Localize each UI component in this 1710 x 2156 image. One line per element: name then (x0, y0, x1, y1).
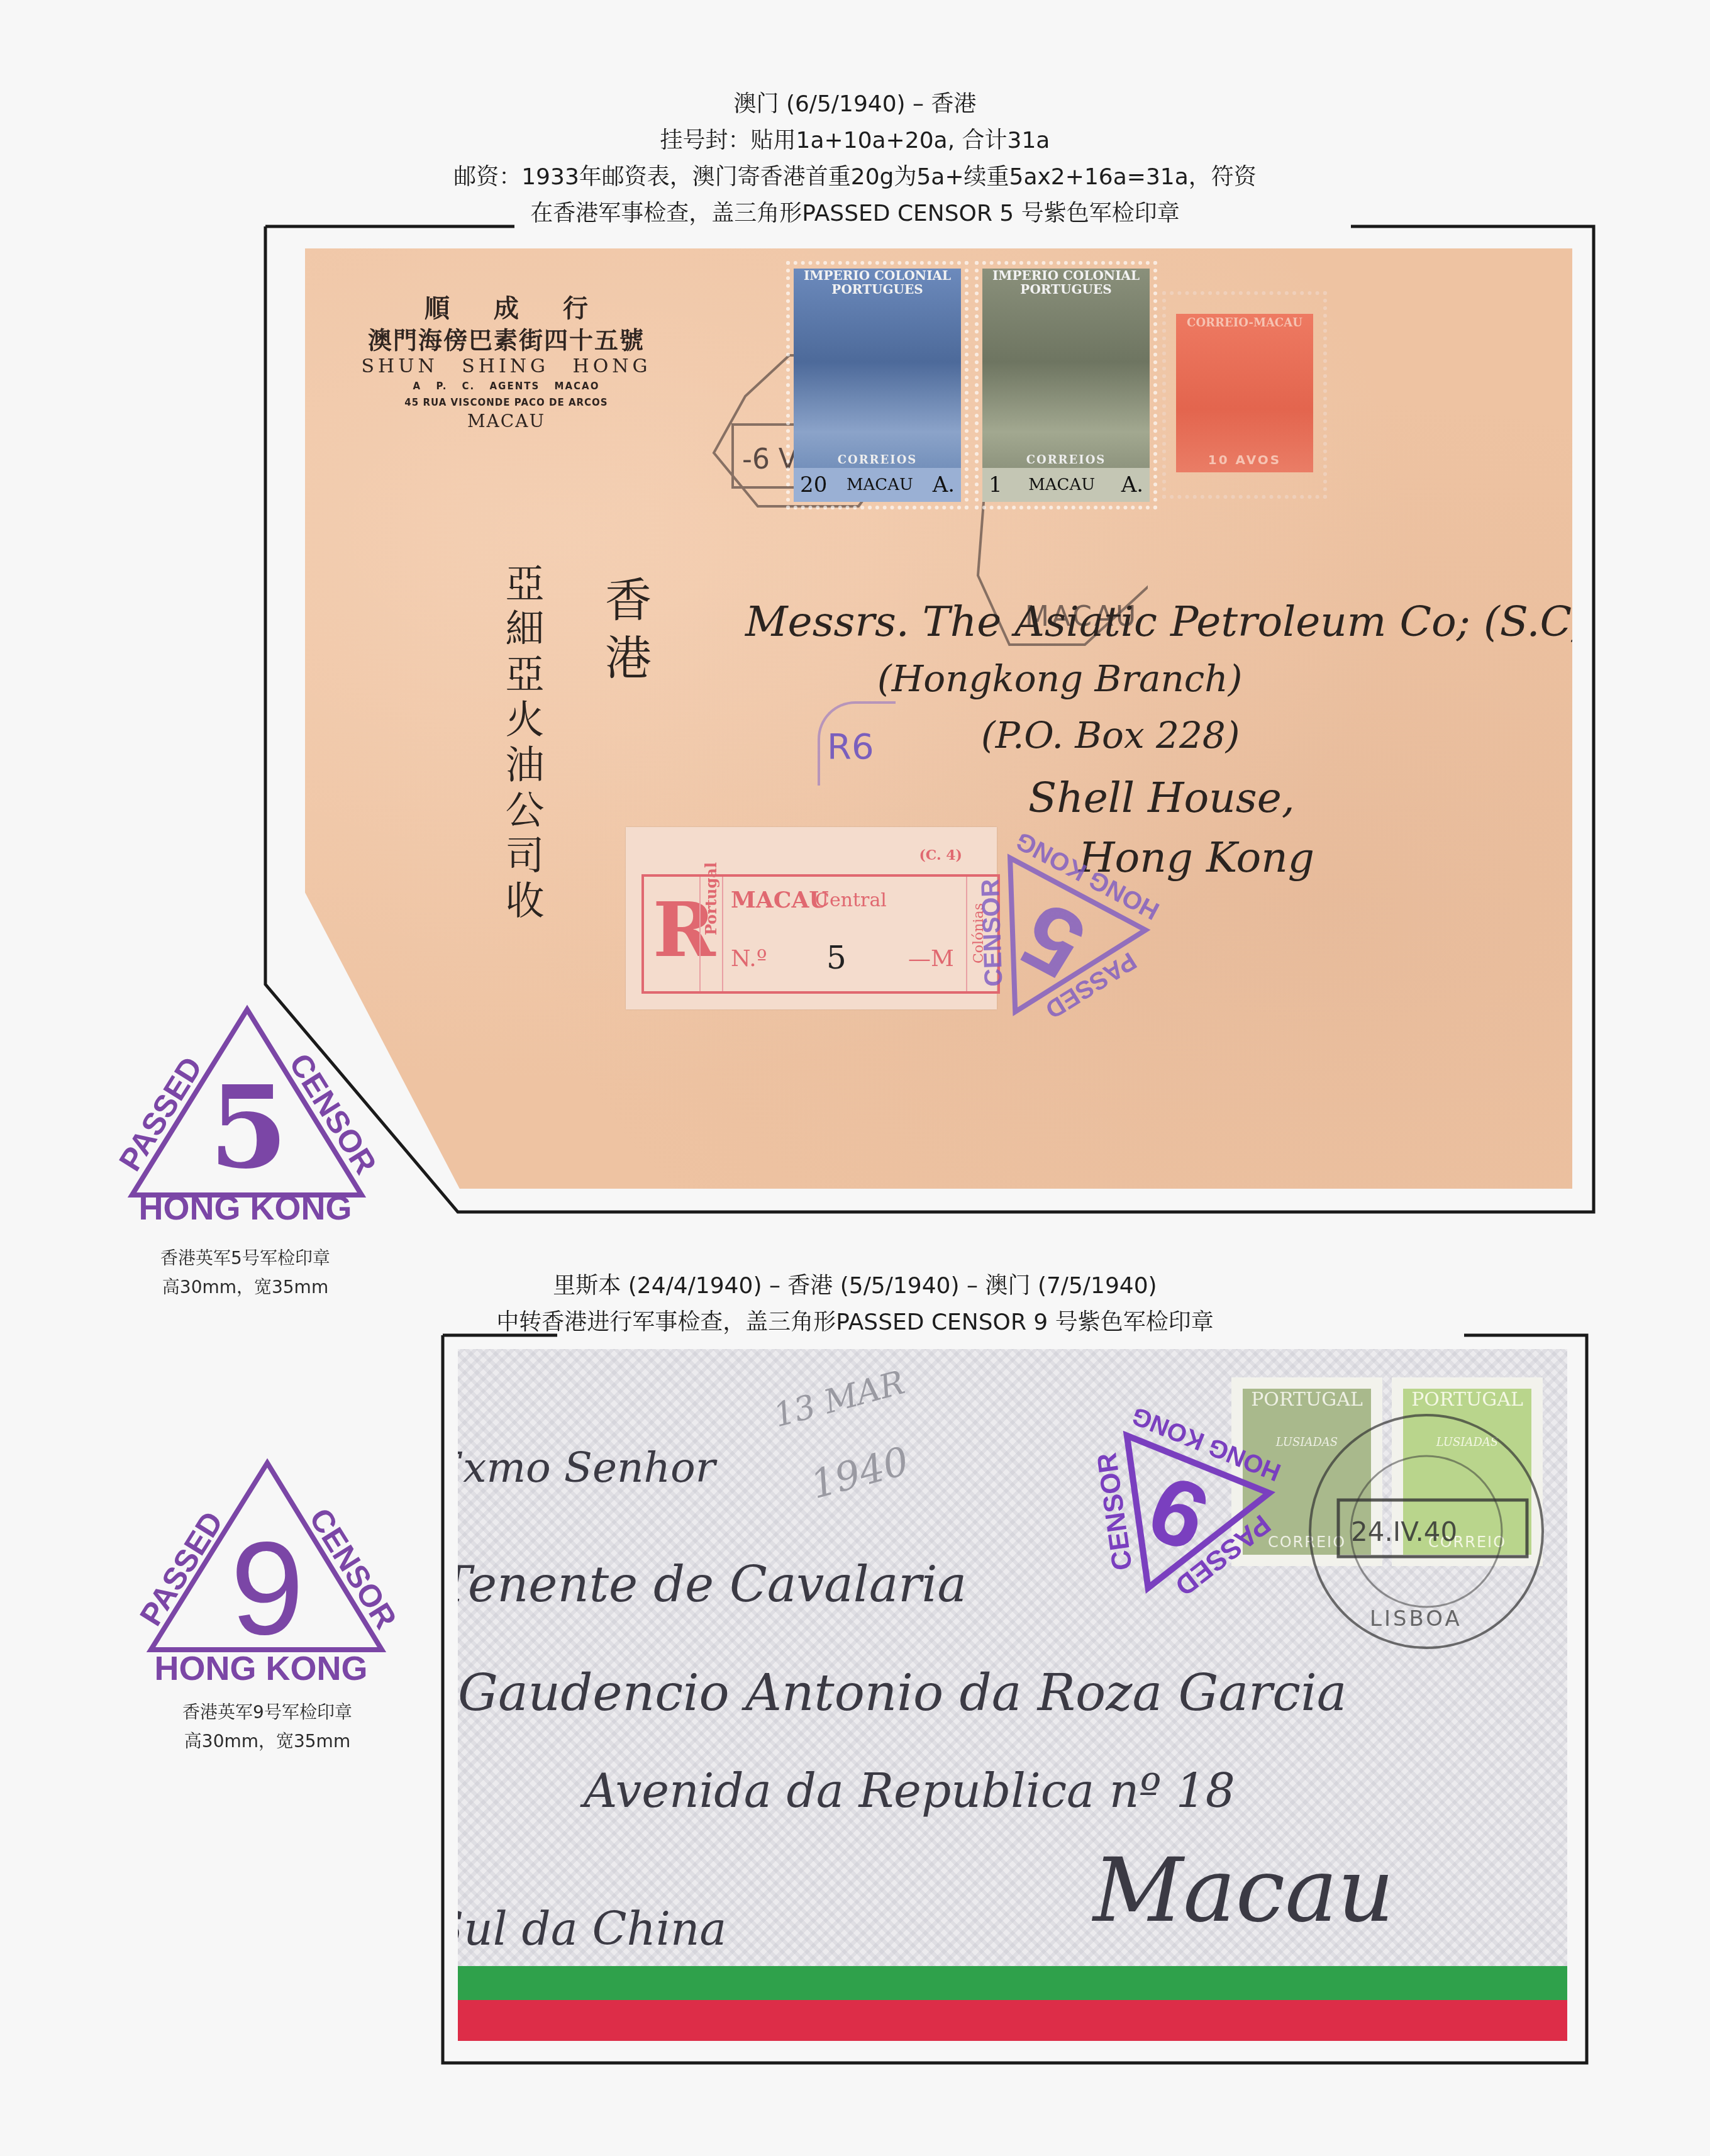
envelope-lisbon-to-macau: 13 MAR 1940 PORTUGAL LUSIADAS CORREIO PO… (458, 1349, 1567, 2041)
section1-title-line: 澳门 (6/5/1940) – 香港 (0, 86, 1710, 123)
pencil-note: 13 MAR (770, 1364, 909, 1435)
letterhead: 順成行 澳門海傍巴素街四十五號 SHUN SHING HONG A P. C. … (349, 292, 663, 432)
stamp-1a: IMPERIO COLONIAL PORTUGUES CORREIOS 1 MA… (975, 261, 1157, 509)
stamp-country: MACAU (1028, 475, 1095, 494)
letterhead-city: MACAU (349, 411, 663, 432)
censor-mark-9: 9 PASSED CENSOR HONG KONG (1049, 1374, 1313, 1638)
pencil-note: 1940 (806, 1438, 913, 1508)
r6-mark: R6 (827, 726, 874, 767)
stamp-header: IMPERIO COLONIAL PORTUGUES (982, 269, 1150, 296)
stamp-20a: IMPERIO COLONIAL PORTUGUES CORREIOS 20 M… (786, 261, 969, 509)
legend-censor-5: 5 PASSED CENSOR (113, 1003, 377, 1220)
address-line: Messrs. The Asiatic Petroleum Co; (S.C) … (745, 597, 1572, 646)
letterhead-chinese-name: 順成行 (393, 292, 663, 325)
section1-title-line: 挂号封：贴用1a+10a+20a, 合计31a (0, 123, 1710, 159)
stamp-10-avos: CORREIO-MACAU 10 AVOS (1162, 291, 1327, 499)
reg-country: Portugal (702, 845, 720, 952)
address-line: Sul da China (458, 1903, 726, 1955)
legend-censor: CENSOR (303, 1502, 399, 1635)
legend-censor-9: 9 PASSED CENSOR (135, 1458, 399, 1675)
stamp-unit: A. (1121, 472, 1143, 497)
section2-title-line: 中转香港进行军事检查，盖三角形PASSED CENSOR 9 号紫色军检印章 (0, 1304, 1710, 1341)
airmail-band-red (458, 2000, 1567, 2041)
address-line: (P.O. Box 228) (981, 714, 1240, 757)
stamp-header: IMPERIO COLONIAL PORTUGUES (794, 269, 961, 296)
reg-office: MACAU (731, 887, 829, 913)
address-line: (Hongkong Branch) (877, 657, 1242, 700)
stamp-header: CORREIO-MACAU (1176, 316, 1313, 330)
letterhead-english-name: SHUN SHING HONG (349, 355, 663, 378)
letterhead-agents: A P. C. AGENTS MACAO (349, 378, 663, 394)
airmail-band-green (458, 1966, 1567, 2000)
legend-passed: PASSED (135, 1506, 230, 1632)
handwriting-chinese-destination: 香港 (591, 575, 658, 691)
legend-caption-line: 高30mm，宽35mm (135, 1727, 399, 1756)
stamp-value: 1 (989, 472, 1002, 497)
envelope-macau-to-hongkong: 順成行 澳門海傍巴素街四十五號 SHUN SHING HONG A P. C. … (305, 248, 1572, 1189)
reg-office-sub: Central (815, 889, 887, 911)
address-line: Tenente de Cavalaria (458, 1557, 967, 1613)
address-line: Exmo Senhor (458, 1443, 715, 1492)
address-line: Avenida da Republica nº 18 (584, 1764, 1235, 1818)
legend-caption: 香港英军9号军检印章 高30mm，宽35mm (135, 1698, 399, 1756)
reg-number-prefix: N.º (731, 946, 767, 972)
legend-caption-line: 香港英军9号军检印章 (135, 1698, 399, 1727)
legend-place: HONG KONG (113, 1189, 377, 1228)
postmark-lisbon: 24.IV.40 LISBOA (1301, 1406, 1565, 1670)
stamp-value: 10 AVOS (1176, 452, 1313, 467)
legend-censor: CENSOR (282, 1047, 377, 1180)
stamp-country: MACAU (847, 475, 913, 494)
letterhead-street: 45 RUA VISCONDE PACO DE ARCOS (349, 394, 663, 411)
legend-place: HONG KONG (129, 1649, 393, 1688)
stamp-value: 20 (800, 472, 827, 497)
reg-number: 5 (826, 940, 847, 976)
section1-title: 澳门 (6/5/1940) – 香港 挂号封：贴用1a+10a+20a, 合计3… (0, 86, 1710, 232)
stamp-correios: CORREIOS (794, 453, 961, 467)
postmark-place: LISBOA (1370, 1606, 1462, 1631)
postmark-date: 24.IV.40 (1351, 1516, 1457, 1547)
censor-censor: CENSOR (977, 879, 1008, 987)
section2-title-line: 里斯本 (24/4/1940) – 香港 (5/5/1940) – 澳门 (7/… (0, 1268, 1710, 1304)
censor-mark-5: 5 PASSED CENSOR HONG KONG (924, 802, 1189, 1066)
section2-title: 里斯本 (24/4/1940) – 香港 (5/5/1940) – 澳门 (7/… (0, 1268, 1710, 1341)
legend-passed: PASSED (113, 1051, 209, 1177)
section1-title-line: 邮资：1933年邮资表，澳门寄香港首重20g为5a+续重5ax2+16a=31a… (0, 159, 1710, 196)
letterhead-chinese-address: 澳門海傍巴素街四十五號 (349, 325, 663, 355)
legend-number: 5 (209, 1061, 287, 1194)
stamp-correios: CORREIOS (982, 453, 1150, 467)
section1-title-line: 在香港军事检查，盖三角形PASSED CENSOR 5 号紫色军检印章 (0, 196, 1710, 232)
address-line: Gaudencio Antonio da Roza Garcia (458, 1664, 1346, 1722)
handwriting-chinese-recipient: 亞細亞火油公司收 (494, 563, 550, 925)
legend-number: 9 (231, 1514, 304, 1662)
stamp-unit: A. (933, 472, 955, 497)
address-line-city: Macau (1093, 1840, 1394, 1942)
